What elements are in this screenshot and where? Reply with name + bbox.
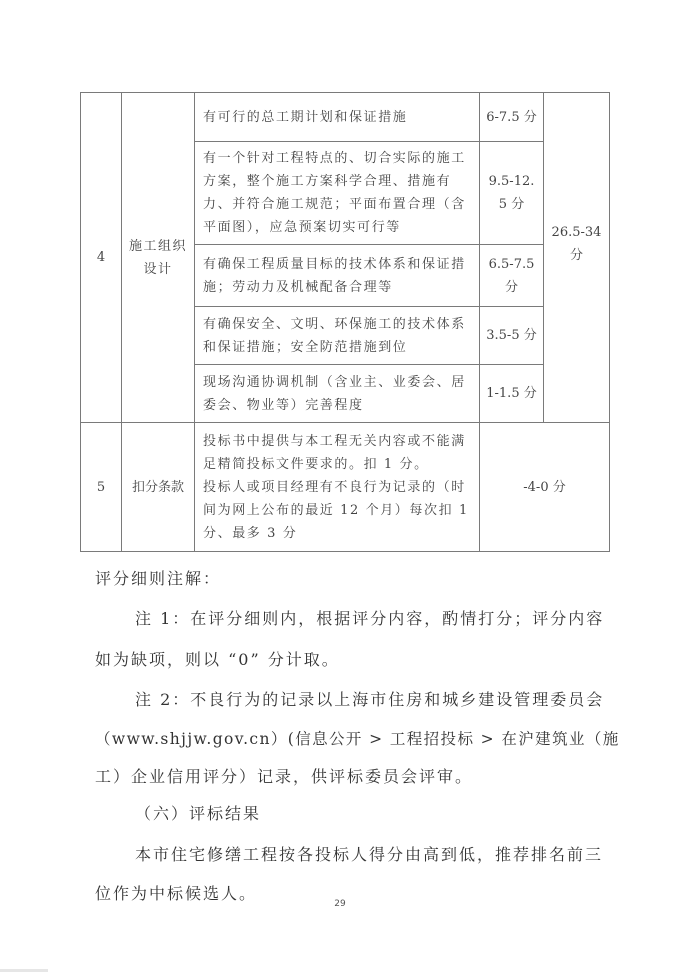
criterion-score: 1-1.5 分 [480, 365, 544, 423]
deduction-content-cell: 投标书中提供与本工程无关内容或不能满足精简投标文件要求的。扣 1 分。 投标人或… [195, 423, 480, 552]
criterion-score: 6-7.5 分 [480, 93, 544, 142]
criterion-score-line: 分 [480, 276, 543, 299]
note-2-line: （www.shjjw.gov.cn）(信息公开 > 工程招投标 > 在沪建筑业（… [95, 729, 560, 749]
section-body-line: 本市住宅修缮工程按各投标人得分由高到低，推荐排名前三 [95, 845, 600, 865]
page-number: 29 [0, 899, 680, 909]
criterion-content: 有可行的总工期计划和保证措施 [195, 93, 480, 142]
criterion-score-cell: 9.5-12. 5 分 [480, 142, 544, 245]
criterion-score-line: 5 分 [480, 193, 543, 216]
deduction-clause: 投标人或项目经理有不良行为记录的（时间为网上公布的最近 12 个月）每次扣 1 … [203, 476, 473, 545]
row-number-cell: 5 [81, 423, 122, 552]
total-score-cell: 26.5-34 分 [544, 93, 610, 423]
table-row: 4 施工组织 设计 有可行的总工期计划和保证措施 6-7.5 分 26.5-34… [81, 93, 610, 142]
criterion-content: 现场沟通协调机制（含业主、业委会、居委会、物业等）完善程度 [195, 365, 480, 423]
criterion-score-line: 6.5-7.5 [480, 253, 543, 276]
item-cell: 扣分条款 [122, 423, 195, 552]
note-1-line: 如为缺项，则以 “0” 分计取。 [95, 650, 560, 670]
note-2-line: 工）企业信用评分）记录，供评标委员会评审。 [95, 767, 560, 787]
criterion-content: 有一个针对工程特点的、切合实际的施工方案，整个施工方案科学合理、措施有力、并符合… [195, 142, 480, 245]
criterion-content: 有确保工程质量目标的技术体系和保证措施；劳动力及机械配备合理等 [195, 245, 480, 307]
scoring-table: 4 施工组织 设计 有可行的总工期计划和保证措施 6-7.5 分 26.5-34… [80, 92, 610, 552]
note-1-line: 注 1：在评分细则内，根据评分内容，酌情打分；评分内容 [95, 609, 600, 629]
notes-heading: 评分细则注解： [95, 569, 560, 589]
table-row: 5 扣分条款 投标书中提供与本工程无关内容或不能满足精简投标文件要求的。扣 1 … [81, 423, 610, 552]
note-2-line: 注 2：不良行为的记录以上海市住房和城乡建设管理委员会 [95, 690, 600, 710]
criterion-score-line: 9.5-12. [480, 170, 543, 193]
section-heading: （六）评标结果 [95, 804, 600, 824]
deduction-clause: 投标书中提供与本工程无关内容或不能满足精简投标文件要求的。扣 1 分。 [203, 430, 473, 476]
criterion-content: 有确保安全、文明、环保施工的技术体系和保证措施；安全防范措施到位 [195, 307, 480, 365]
item-label-line: 设计 [122, 258, 194, 281]
criterion-score-cell: 6.5-7.5 分 [480, 245, 544, 307]
item-label-line: 施工组织 [122, 235, 194, 258]
total-score-line: 26.5-34 [544, 221, 609, 244]
item-cell: 施工组织 设计 [122, 93, 195, 423]
row-number-cell: 4 [81, 93, 122, 423]
total-score-line: 分 [544, 244, 609, 267]
deduction-score-cell: -4-0 分 [480, 423, 610, 552]
criterion-score: 3.5-5 分 [480, 307, 544, 365]
